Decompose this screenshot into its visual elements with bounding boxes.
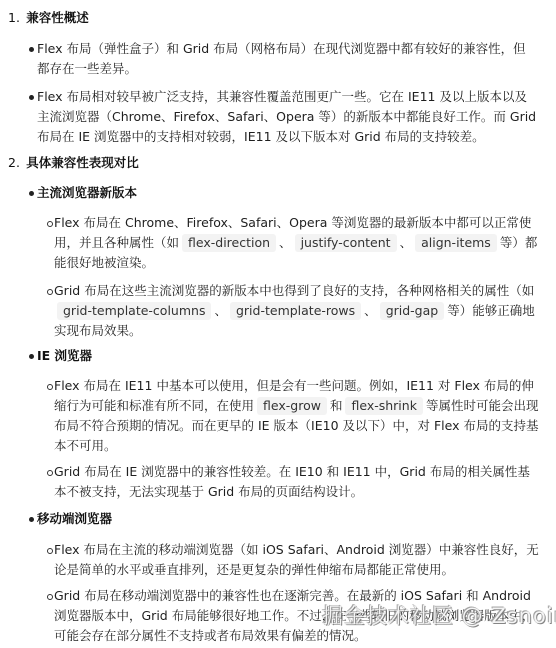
- list-item: Flex 布局在 IE11 中基本可以使用，但是会有一些问题。例如，IE11 对…: [54, 376, 540, 456]
- section-heading-comparison: 2. 具体兼容性表现对比: [8, 153, 139, 173]
- list-item: Grid 布局在这些主流浏览器的新版本中也得到了良好的支持，各种网格相关的属性（…: [54, 281, 540, 341]
- section-heading-overview: 1. 兼容性概述: [8, 8, 89, 28]
- group-heading-ie: IE 浏览器: [37, 346, 537, 366]
- text-fragment: 、: [364, 303, 377, 318]
- text-fragment: 、: [400, 235, 413, 250]
- list-item: Flex 布局在主流的移动端浏览器（如 iOS Safari、Android 浏…: [54, 540, 540, 580]
- text-fragment: 和: [330, 398, 343, 413]
- bullet-icon: [24, 87, 38, 107]
- section-number: 1.: [8, 10, 20, 25]
- inline-code: justify-content: [295, 234, 397, 252]
- inline-code: align-items: [415, 234, 497, 252]
- inline-code: flex-shrink: [345, 397, 422, 415]
- text-fragment: Grid 布局在这些主流浏览器的新版本中也得到了良好的支持，各种网格相关的属性（…: [54, 283, 534, 298]
- list-item: Flex 布局在 Chrome、Firefox、Safari、Opera 等浏览…: [54, 213, 540, 273]
- inline-code: grid-template-rows: [230, 302, 361, 320]
- text-fragment: 、: [214, 303, 227, 318]
- bullet-icon: [24, 39, 38, 59]
- group-heading-mainstream: 主流浏览器新版本: [37, 183, 537, 203]
- bullet-icon: [24, 509, 38, 529]
- section-title: 兼容性概述: [26, 10, 89, 25]
- list-item: Flex 布局（弹性盒子）和 Grid 布局（网格布局）在现代浏览器中都有较好的…: [37, 39, 537, 79]
- section-number: 2.: [8, 155, 20, 170]
- bullet-icon: [24, 183, 38, 203]
- list-item: Grid 布局在 IE 浏览器中的兼容性较差。在 IE10 和 IE11 中，G…: [54, 462, 540, 502]
- inline-code: grid-gap: [380, 302, 445, 320]
- inline-code: grid-template-columns: [57, 302, 211, 320]
- watermark: 掘金技术社区 @ Zsnoin能: [322, 606, 556, 626]
- text-fragment: 、: [279, 235, 292, 250]
- group-heading-mobile: 移动端浏览器: [37, 509, 537, 529]
- inline-code: flex-direction: [182, 234, 276, 252]
- bullet-icon: [24, 346, 38, 366]
- section-title: 具体兼容性表现对比: [26, 155, 139, 170]
- inline-code: flex-grow: [257, 397, 327, 415]
- list-item: Flex 布局相对较早被广泛支持，其兼容性覆盖范围更广一些。它在 IE11 及以…: [37, 87, 537, 147]
